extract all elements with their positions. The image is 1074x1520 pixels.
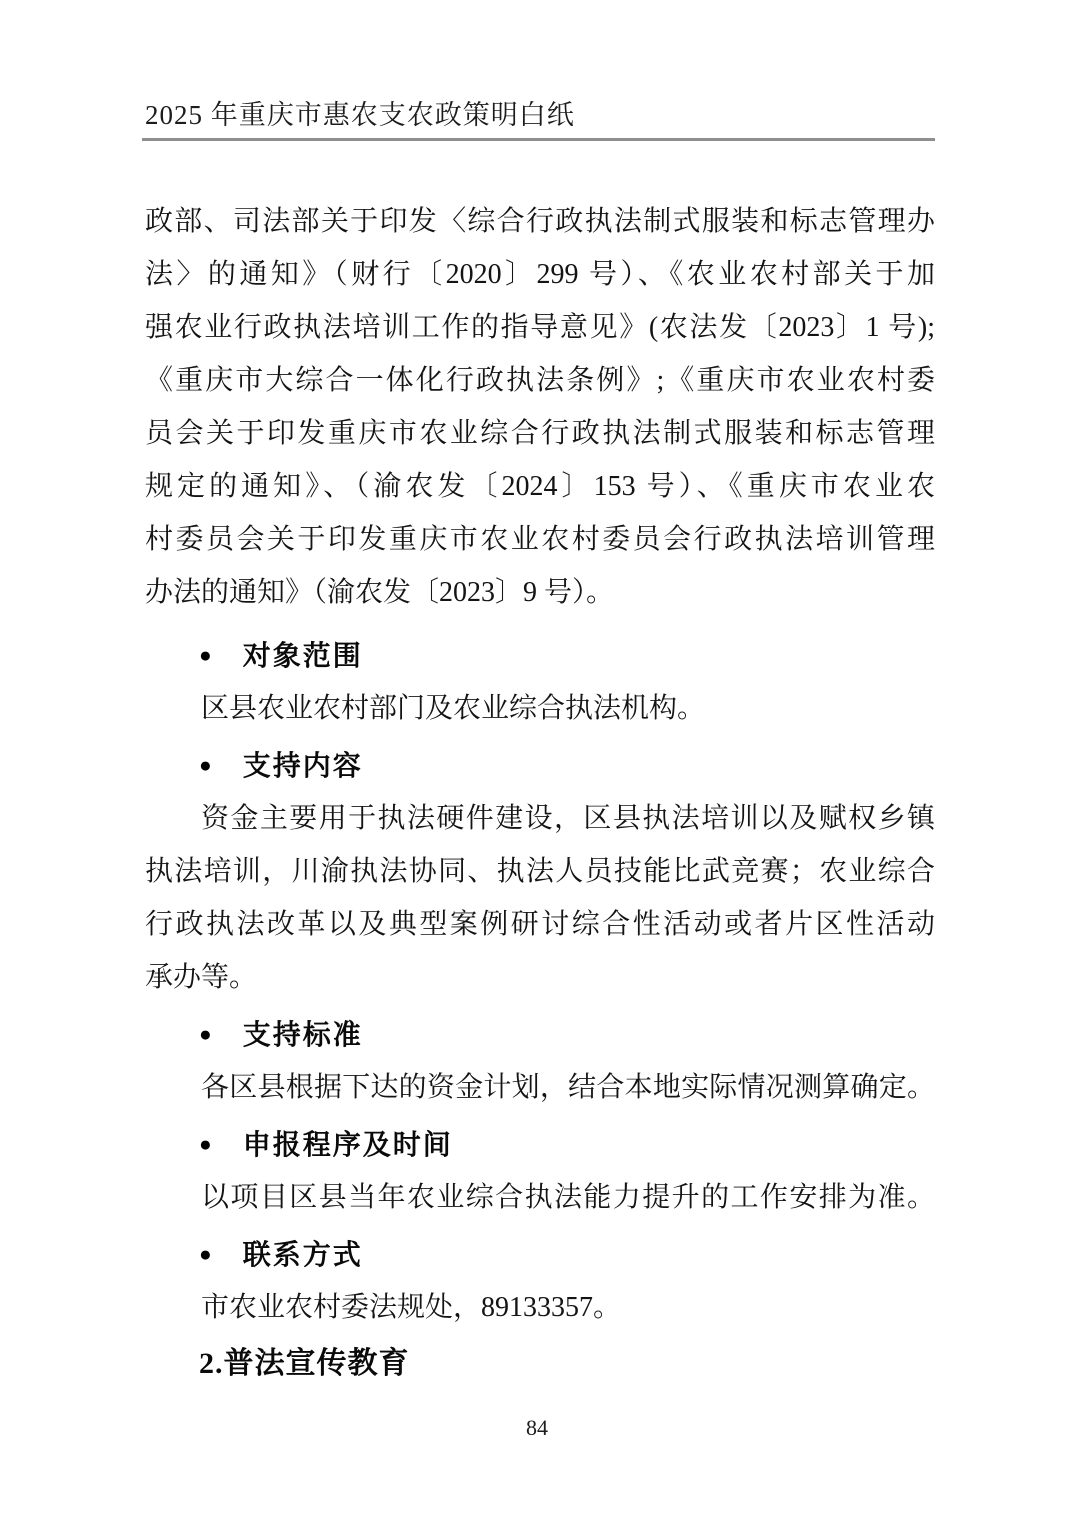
section-contact: ●联系方式 市农业农村委法规处，89133357。: [145, 1228, 935, 1334]
bullet-icon: ●: [199, 1228, 212, 1281]
section-body-line: 区县农业农村部门及农业综合执法机构。: [145, 682, 935, 735]
section-body-line: 资金主要用于执法硬件建设，区县执法培训以及赋权乡镇: [145, 792, 935, 845]
intro-line: 规定的通知》、（渝农发〔2024〕153 号）、《重庆市农业农: [145, 460, 935, 513]
intro-paragraph: 政部、司法部关于印发〈综合行政执法制式服装和标志管理办 法〉的通知》（财行〔20…: [145, 195, 935, 619]
intro-line: 政部、司法部关于印发〈综合行政执法制式服装和标志管理办: [145, 195, 935, 248]
section-body-line: 以项目区县当年农业综合执法能力提升的工作安排为准。: [145, 1171, 935, 1224]
section-title-row: ●联系方式: [145, 1228, 935, 1281]
section-body-line: 行政执法改革以及典型案例研讨综合性活动或者片区性活动: [145, 898, 935, 951]
sub-section-heading: 2.普法宣传教育: [145, 1336, 935, 1392]
intro-line: 村委员会关于印发重庆市农业农村委员会行政执法培训管理: [145, 513, 935, 566]
intro-line: 《重庆市大综合一体化行政执法条例》;《重庆市农业农村委: [145, 354, 935, 407]
intro-line: 法〉的通知》（财行〔2020〕299 号）、《农业农村部关于加: [145, 248, 935, 301]
section-target-scope: ●对象范围 区县农业农村部门及农业综合执法机构。: [145, 629, 935, 735]
section-body-line: 各区县根据下达的资金计划，结合本地实际情况测算确定。: [145, 1061, 935, 1114]
bullet-icon: ●: [199, 629, 212, 682]
bullet-icon: ●: [199, 739, 212, 792]
section-title-row: ●支持标准: [145, 1008, 935, 1061]
section-title: 支持内容: [243, 751, 363, 782]
section-body-line: 市农业农村委法规处，89133357。: [145, 1281, 935, 1334]
section-application-procedure: ●申报程序及时间 以项目区县当年农业综合执法能力提升的工作安排为准。: [145, 1118, 935, 1224]
section-title-row: ●申报程序及时间: [145, 1118, 935, 1171]
intro-line: 员会关于印发重庆市农业综合行政执法制式服装和标志管理: [145, 407, 935, 460]
section-title-row: ●支持内容: [145, 739, 935, 792]
header-rule: [142, 138, 935, 141]
document-body: 政部、司法部关于印发〈综合行政执法制式服装和标志管理办 法〉的通知》（财行〔20…: [145, 195, 935, 1392]
section-support-content: ●支持内容 资金主要用于执法硬件建设，区县执法培训以及赋权乡镇 执法培训，川渝执…: [145, 739, 935, 1004]
page-number: 84: [0, 1414, 1074, 1442]
section-title-row: ●对象范围: [145, 629, 935, 682]
section-title: 联系方式: [243, 1240, 363, 1271]
intro-line: 办法的通知》（渝农发〔2023〕9 号）。: [145, 566, 935, 619]
section-title: 申报程序及时间: [243, 1130, 453, 1161]
section-title: 支持标准: [243, 1020, 363, 1051]
section-support-standard: ●支持标准 各区县根据下达的资金计划，结合本地实际情况测算确定。: [145, 1008, 935, 1114]
section-body-line: 执法培训，川渝执法协同、执法人员技能比武竞赛；农业综合: [145, 845, 935, 898]
page-header-title: 2025 年重庆市惠农支农政策明白纸: [145, 94, 935, 136]
section-title: 对象范围: [243, 641, 363, 672]
section-body-line: 承办等。: [145, 951, 935, 1004]
bullet-icon: ●: [199, 1008, 212, 1061]
intro-line: 强农业行政执法培训工作的指导意见》(农法发〔2023〕1 号);: [145, 301, 935, 354]
bullet-icon: ●: [199, 1118, 212, 1171]
